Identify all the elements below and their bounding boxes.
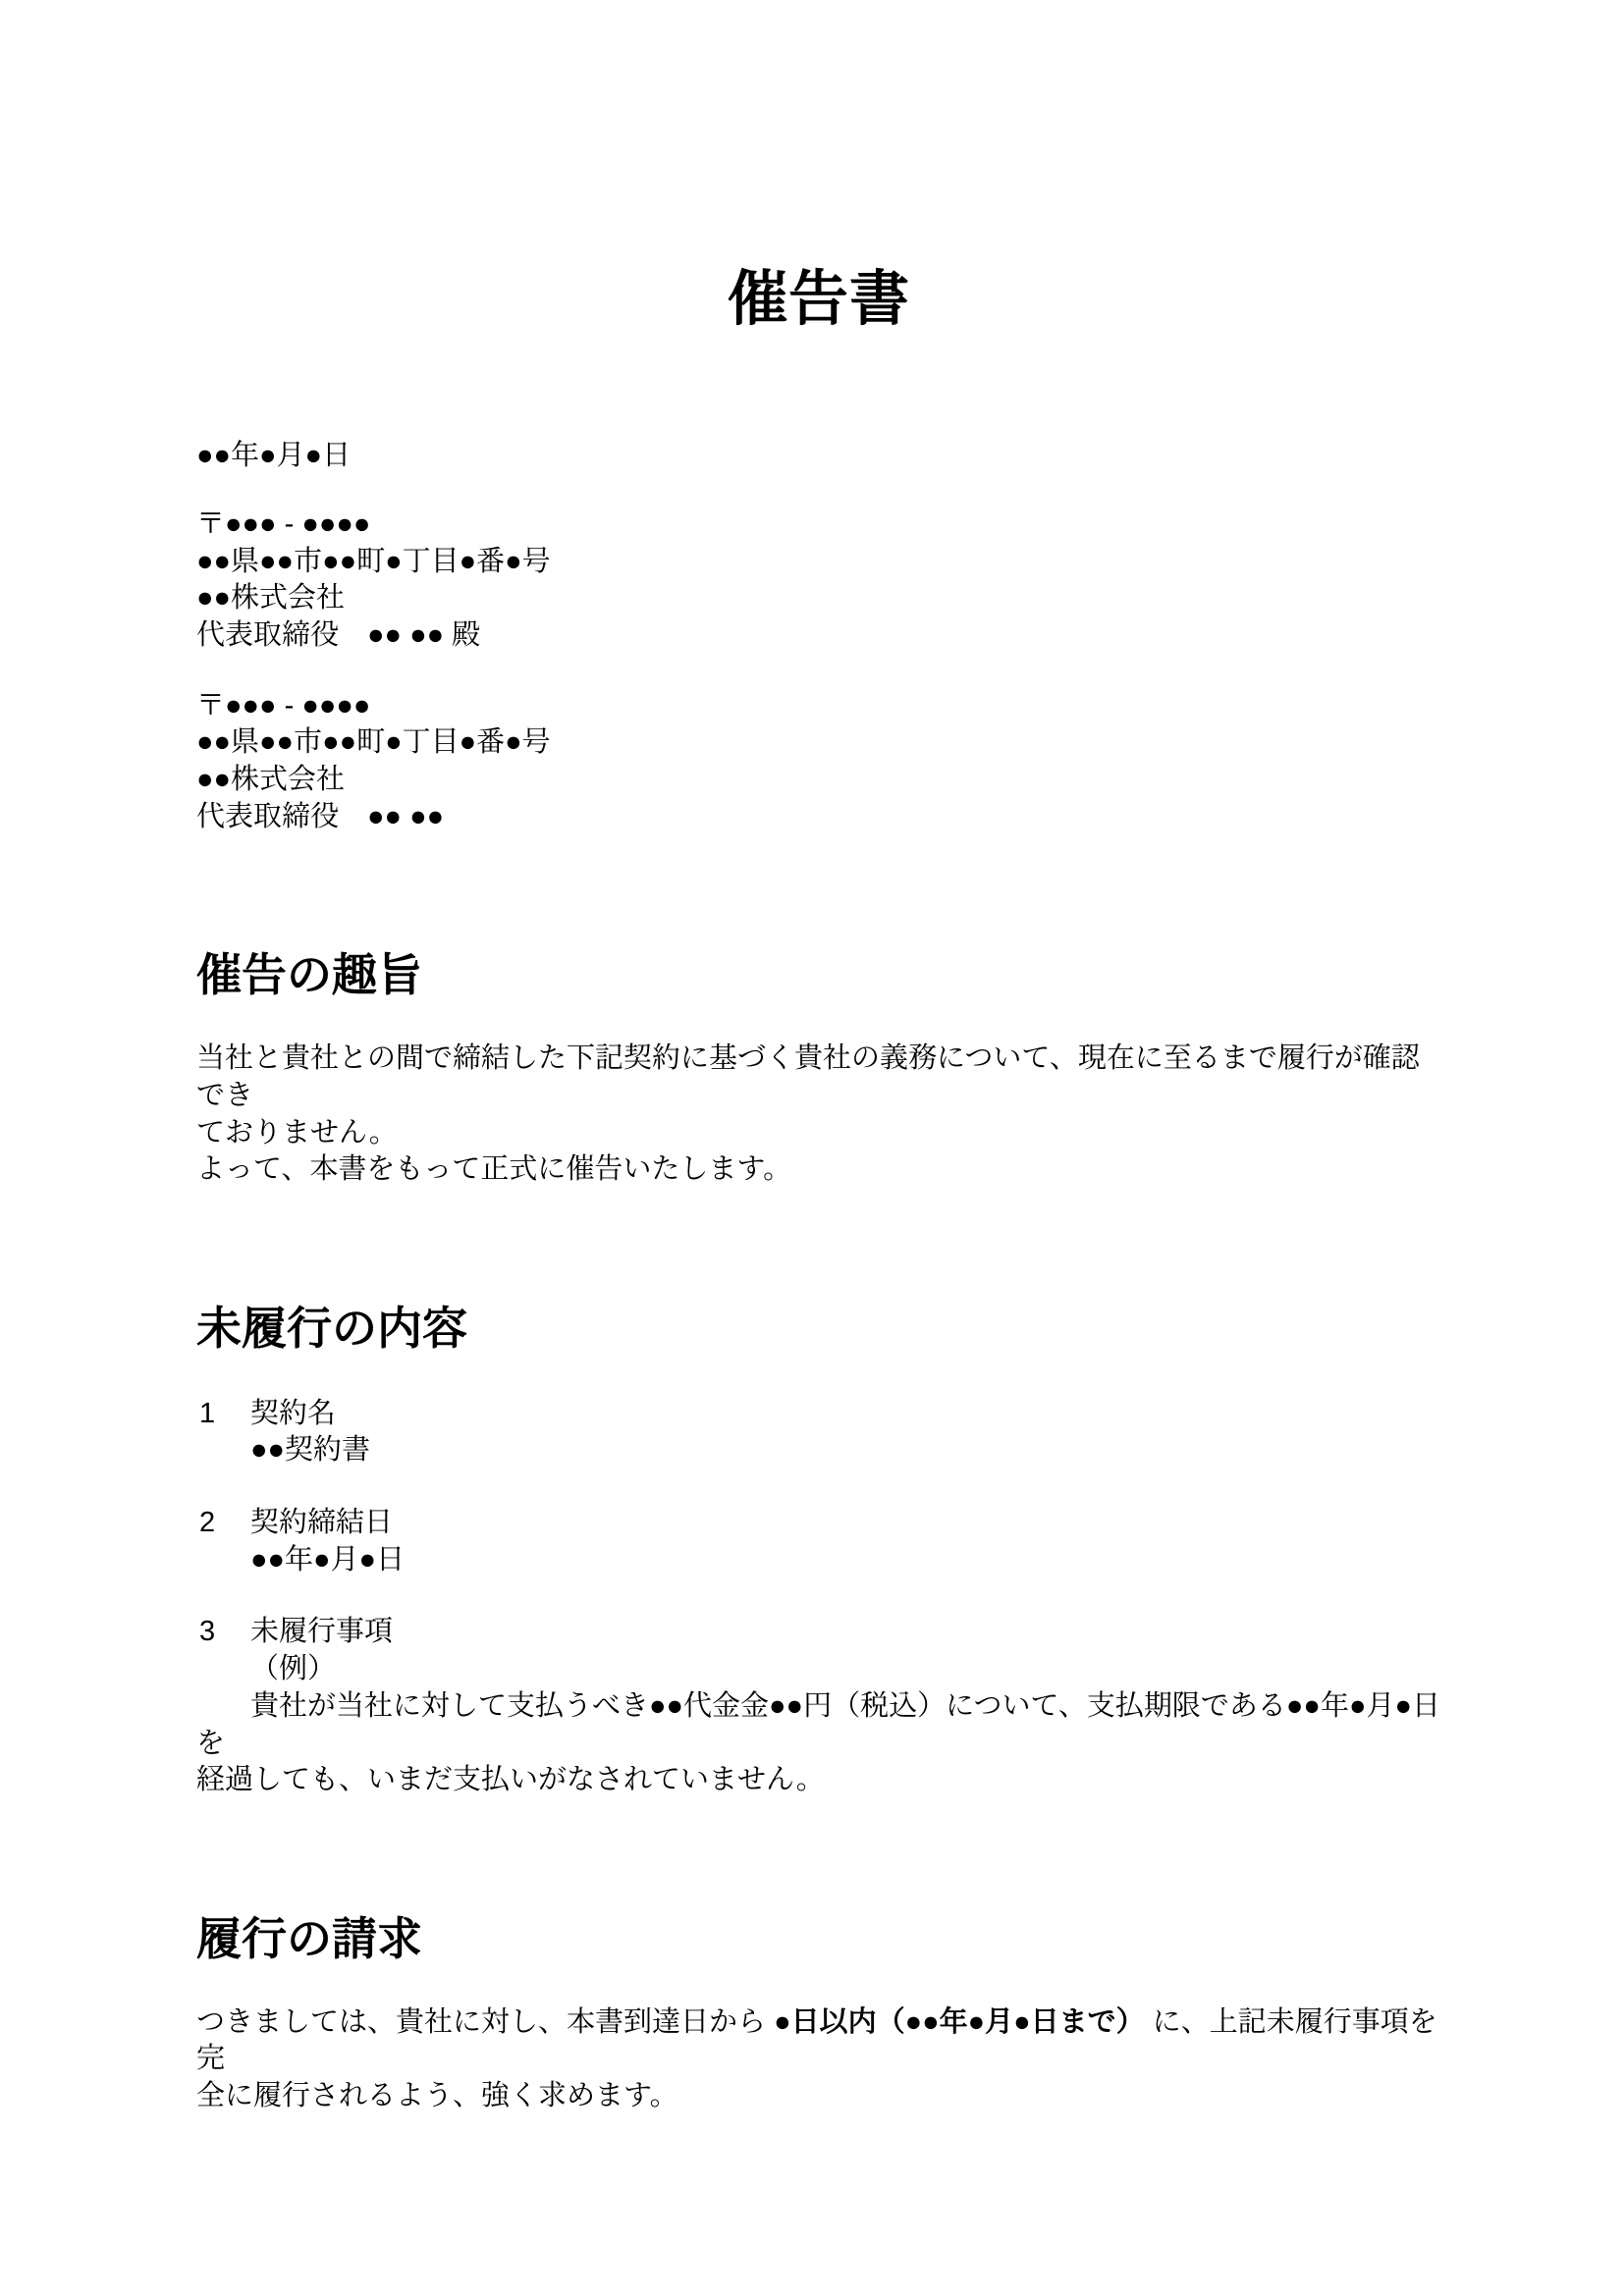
list-item-value: ●●契約書 xyxy=(250,1432,1441,1469)
sender-block: 〒●●● - ●●●● ●●県●●市●●町●丁目●番●号 ●●株式会社 代表取締… xyxy=(196,688,1441,836)
list-item-number: 2 xyxy=(196,1505,250,1542)
sender-postal-code: 〒●●● - ●●●● xyxy=(196,688,1441,725)
list-item-description: 貴社が当社に対して支払うべき●●代金金●●円（税込）について、支払期限である●●… xyxy=(196,1688,1441,1799)
list-item-value: ●●年●月●日 xyxy=(250,1542,1441,1579)
list-item-head: 2 契約締結日 xyxy=(196,1505,1441,1542)
list-item-example-label: （例） xyxy=(250,1651,1441,1688)
recipient-representative: 代表取締役 ●● ●● 殿 xyxy=(196,617,1441,655)
list-item-unfulfilled-matter: 3 未履行事項 （例） 貴社が当社に対して支払うべき●●代金金●●円（税込）につ… xyxy=(196,1614,1441,1798)
unfulfilled-list: 1 契約名 ●●契約書 2 契約締結日 ●●年●月●日 3 未履行事項 （例） … xyxy=(196,1396,1441,1799)
demand-deadline-bold: ●日以内（●●年●月●日まで） xyxy=(774,2006,1145,2038)
sender-company: ●●株式会社 xyxy=(196,762,1441,799)
recipient-address: ●●県●●市●●町●丁目●番●号 xyxy=(196,544,1441,581)
section-heading-demand: 履行の請求 xyxy=(196,1910,1441,1969)
section-heading-unfulfilled: 未履行の内容 xyxy=(196,1300,1441,1359)
section-heading-purpose: 催告の趣旨 xyxy=(196,946,1441,1005)
document-page: 催告書 ●●年●月●日 〒●●● - ●●●● ●●県●●市●●町●丁目●番●号… xyxy=(0,0,1624,2296)
document-date: ●●年●月●日 xyxy=(196,438,1441,475)
list-item-contract-date: 2 契約締結日 ●●年●月●日 xyxy=(196,1505,1441,1578)
list-item-label: 契約名 xyxy=(250,1396,336,1433)
list-item-head: 3 未履行事項 xyxy=(196,1614,1441,1651)
list-item-contract-name: 1 契約名 ●●契約書 xyxy=(196,1396,1441,1469)
recipient-postal-code: 〒●●● - ●●●● xyxy=(196,507,1441,544)
list-item-number: 1 xyxy=(196,1396,250,1433)
document-title: 催告書 xyxy=(196,263,1441,335)
sender-representative: 代表取締役 ●● ●● xyxy=(196,799,1441,836)
list-item-label: 契約締結日 xyxy=(250,1505,393,1542)
section-body-demand: つきましては、貴社に対し、本書到達日から ●日以内（●●年●月●日まで） に、上… xyxy=(196,2004,1441,2115)
recipient-block: 〒●●● - ●●●● ●●県●●市●●町●丁目●番●号 ●●株式会社 代表取締… xyxy=(196,507,1441,655)
recipient-company: ●●株式会社 xyxy=(196,580,1441,617)
list-item-number: 3 xyxy=(196,1614,250,1651)
demand-text-before: つきましては、貴社に対し、本書到達日から xyxy=(196,2006,774,2038)
list-item-label: 未履行事項 xyxy=(250,1614,393,1651)
list-item-head: 1 契約名 xyxy=(196,1396,1441,1433)
sender-address: ●●県●●市●●町●丁目●番●号 xyxy=(196,724,1441,762)
section-body-purpose: 当社と貴社との間で締結した下記契約に基づく貴社の義務について、現在に至るまで履行… xyxy=(196,1041,1441,1189)
